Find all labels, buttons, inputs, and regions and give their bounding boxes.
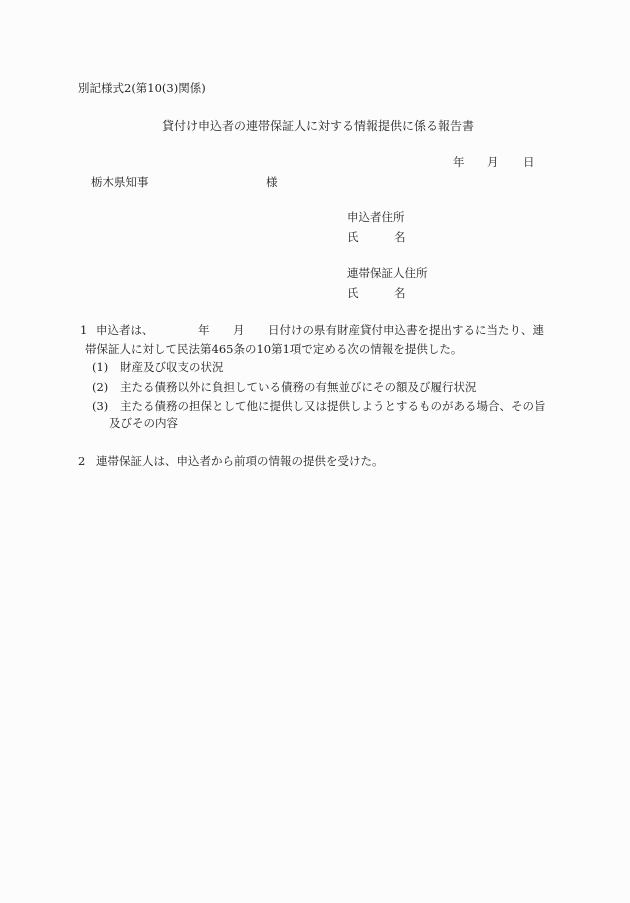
form-label: 別記様式2(第10(3)関係) <box>78 81 206 95</box>
section-2-text: 連帯保証人は、申込者から前項の情報の提供を受けた。 <box>96 454 384 468</box>
date-month-label: 月 <box>487 155 499 169</box>
section-1-line-2: 帯保証人に対して民法第465条の10第1項で定める次の情報を提供した。 <box>85 342 462 356</box>
guarantor-address-label: 連帯保証人住所 <box>347 266 428 280</box>
guarantor-name-label-1: 氏 <box>347 286 359 300</box>
applicant-name-label-2: 名 <box>394 230 406 244</box>
section-1-month-label: 月 <box>233 323 245 337</box>
document-title: 貸付け申込者の連帯保証人に対する情報提供に係る報告書 <box>162 119 474 133</box>
section-1-year-label: 年 <box>198 323 210 337</box>
addressee-name: 栃木県知事 <box>91 175 149 189</box>
applicant-name-label-1: 氏 <box>347 230 359 244</box>
applicant-address-label: 申込者住所 <box>347 210 405 224</box>
item-3-continuation: 及びその内容 <box>109 416 178 430</box>
guarantor-name-label-2: 名 <box>394 286 406 300</box>
section-1-text-a: 申込者は、 <box>96 323 154 337</box>
date-day-label: 日 <box>523 155 535 169</box>
item-3-number: (3) <box>92 399 108 413</box>
addressee-honorific: 様 <box>266 175 278 189</box>
date-year-label: 年 <box>453 155 465 169</box>
item-2-text: 主たる債務以外に負担している債務の有無並びにその額及び履行状況 <box>120 380 477 394</box>
item-1-text: 財産及び収支の状況 <box>120 360 224 374</box>
section-1-text-b: 日付けの県有財産貸付申込書を提出するに当たり、連 <box>268 323 544 337</box>
item-1-number: (1) <box>92 360 108 374</box>
section-2-number: 2 <box>78 454 85 468</box>
item-2-number: (2) <box>92 380 108 394</box>
section-1-number: 1 <box>80 323 87 337</box>
item-3-text: 主たる債務の担保として他に提供し又は提供しようとするものがある場合、その旨 <box>120 399 546 413</box>
